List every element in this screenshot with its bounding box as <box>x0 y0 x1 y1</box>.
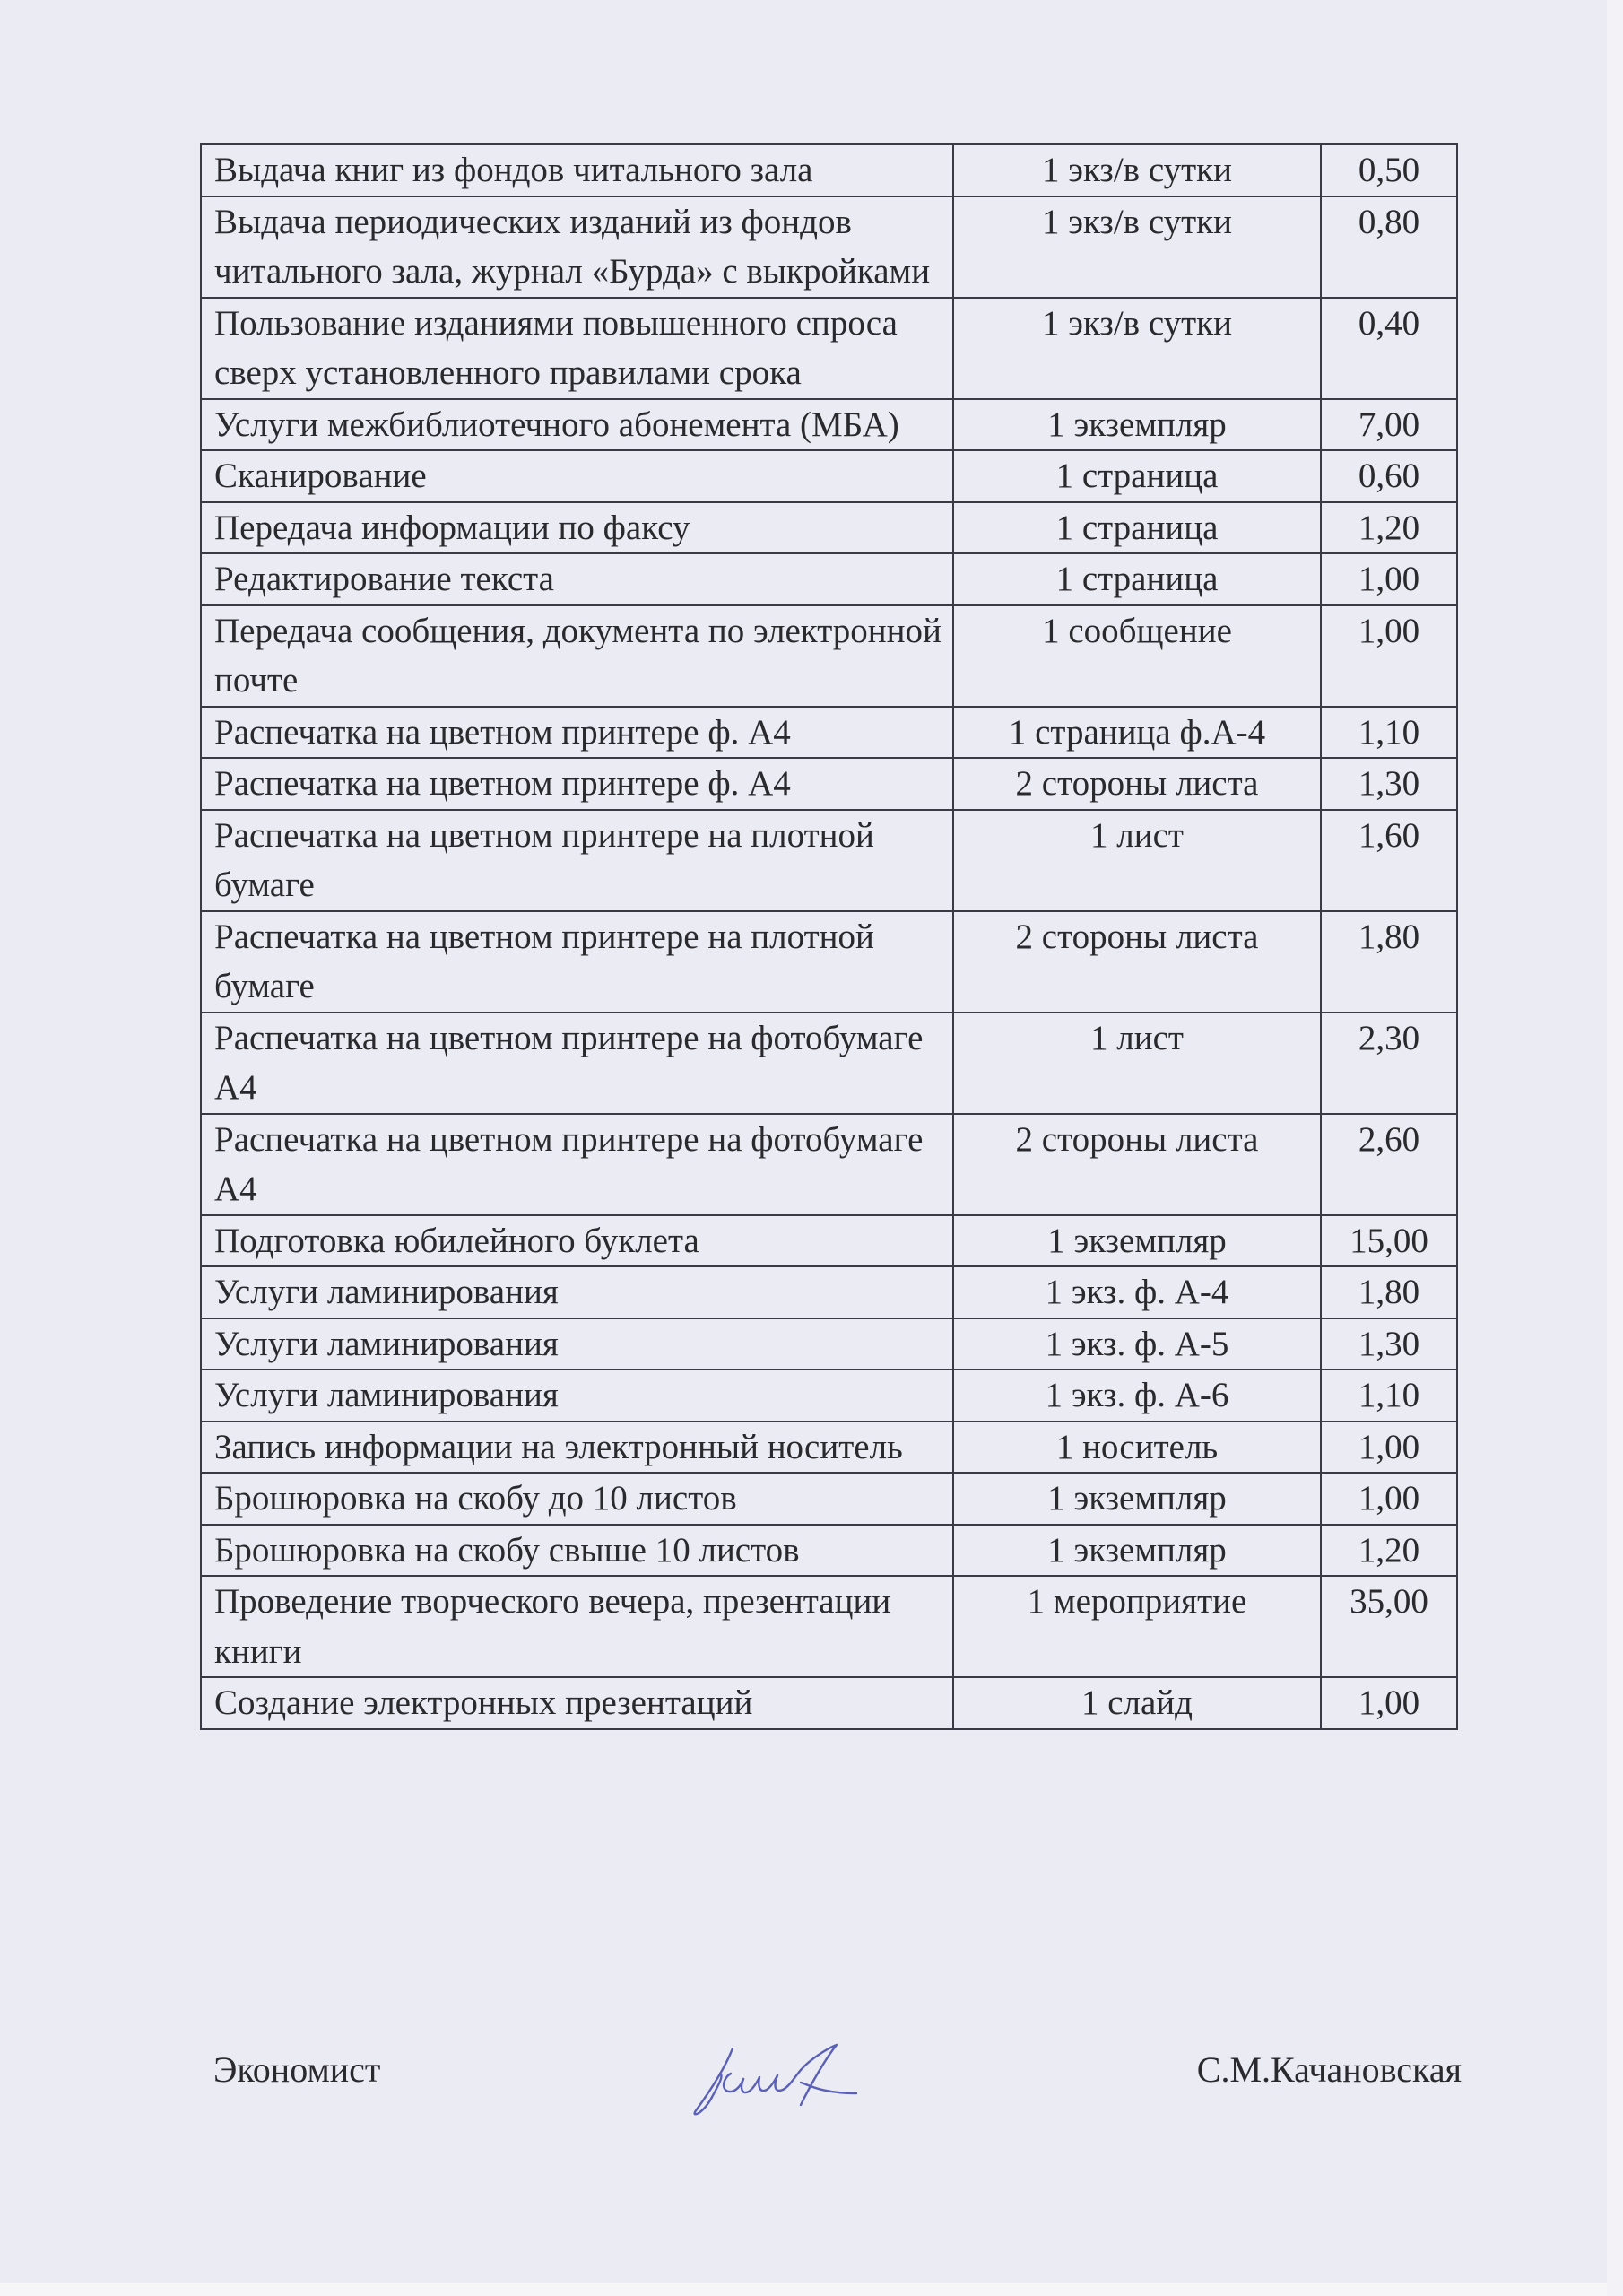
scan-edge-right <box>1607 0 1623 2296</box>
table-row: Выдача книг из фондов читального зала1 э… <box>201 144 1457 196</box>
price-list-body: Выдача книг из фондов читального зала1 э… <box>201 144 1457 1729</box>
service-name-cell: Распечатка на цветном принтере на фотобу… <box>201 1013 953 1114</box>
unit-cell: 2 стороны листа <box>953 1114 1321 1215</box>
service-name-cell: Создание электронных презентаций <box>201 1677 953 1729</box>
scan-edge-bottom <box>0 2283 1623 2296</box>
unit-cell: 2 стороны листа <box>953 758 1321 810</box>
price-cell: 1,20 <box>1321 1525 1457 1577</box>
service-name-cell: Брошюровка на скобу свыше 10 листов <box>201 1525 953 1577</box>
price-cell: 1,30 <box>1321 1318 1457 1370</box>
price-cell: 1,10 <box>1321 707 1457 759</box>
service-name-cell: Выдача книг из фондов читального зала <box>201 144 953 196</box>
unit-cell: 1 страница <box>953 553 1321 605</box>
table-row: Подготовка юбилейного буклета1 экземпляр… <box>201 1215 1457 1267</box>
unit-cell: 1 слайд <box>953 1677 1321 1729</box>
price-cell: 1,60 <box>1321 810 1457 911</box>
handwritten-signature-icon <box>677 2038 910 2127</box>
price-cell: 1,30 <box>1321 758 1457 810</box>
table-row: Передача информации по факсу1 страница1,… <box>201 502 1457 554</box>
table-row: Услуги межбиблиотечного абонемента (МБА)… <box>201 399 1457 451</box>
price-cell: 1,20 <box>1321 502 1457 554</box>
service-name-cell: Проведение творческого вечера, презентац… <box>201 1576 953 1677</box>
price-list-table: Выдача книг из фондов читального зала1 э… <box>200 143 1458 1730</box>
table-row: Создание электронных презентаций1 слайд1… <box>201 1677 1457 1729</box>
table-row: Брошюровка на скобу до 10 листов1 экземп… <box>201 1473 1457 1525</box>
table-row: Передача сообщения, документа по электро… <box>201 605 1457 707</box>
service-name-cell: Передача сообщения, документа по электро… <box>201 605 953 707</box>
service-name-cell: Брошюровка на скобу до 10 листов <box>201 1473 953 1525</box>
table-row: Выдача периодических изданий из фондов ч… <box>201 196 1457 298</box>
unit-cell: 1 экз/в сутки <box>953 196 1321 298</box>
service-name-cell: Услуги ламинирования <box>201 1318 953 1370</box>
unit-cell: 1 экземпляр <box>953 1473 1321 1525</box>
service-name-cell: Выдача периодических изданий из фондов ч… <box>201 196 953 298</box>
service-name-cell: Запись информации на электронный носител… <box>201 1422 953 1474</box>
price-cell: 2,30 <box>1321 1013 1457 1114</box>
unit-cell: 1 страница <box>953 450 1321 502</box>
table-row: Брошюровка на скобу свыше 10 листов1 экз… <box>201 1525 1457 1577</box>
unit-cell: 1 лист <box>953 1013 1321 1114</box>
unit-cell: 1 экз. ф. А-6 <box>953 1370 1321 1422</box>
unit-cell: 2 стороны листа <box>953 911 1321 1013</box>
price-cell: 0,80 <box>1321 196 1457 298</box>
price-cell: 1,00 <box>1321 1677 1457 1729</box>
service-name-cell: Услуги межбиблиотечного абонемента (МБА) <box>201 399 953 451</box>
unit-cell: 1 экз/в сутки <box>953 144 1321 196</box>
service-name-cell: Распечатка на цветном принтере на фотобу… <box>201 1114 953 1215</box>
price-cell: 1,10 <box>1321 1370 1457 1422</box>
unit-cell: 1 сообщение <box>953 605 1321 707</box>
service-name-cell: Услуги ламинирования <box>201 1266 953 1318</box>
service-name-cell: Передача информации по факсу <box>201 502 953 554</box>
unit-cell: 1 экз. ф. А-4 <box>953 1266 1321 1318</box>
unit-cell: 1 страница ф.А-4 <box>953 707 1321 759</box>
unit-cell: 1 экземпляр <box>953 399 1321 451</box>
table-row: Распечатка на цветном принтере на плотно… <box>201 810 1457 911</box>
price-cell: 2,60 <box>1321 1114 1457 1215</box>
service-name-cell: Пользование изданиями повышенного спроса… <box>201 298 953 399</box>
service-name-cell: Распечатка на цветном принтере ф. А4 <box>201 758 953 810</box>
unit-cell: 1 страница <box>953 502 1321 554</box>
price-cell: 1,00 <box>1321 1422 1457 1474</box>
table-row: Редактирование текста1 страница1,00 <box>201 553 1457 605</box>
price-cell: 1,00 <box>1321 605 1457 707</box>
price-cell: 0,40 <box>1321 298 1457 399</box>
price-cell: 1,80 <box>1321 911 1457 1013</box>
unit-cell: 1 мероприятие <box>953 1576 1321 1677</box>
service-name-cell: Распечатка на цветном принтере на плотно… <box>201 911 953 1013</box>
price-cell: 1,00 <box>1321 553 1457 605</box>
unit-cell: 1 экз. ф. А-5 <box>953 1318 1321 1370</box>
table-row: Услуги ламинирования1 экз. ф. А-51,30 <box>201 1318 1457 1370</box>
signer-role: Экономист <box>213 2048 380 2092</box>
unit-cell: 1 экземпляр <box>953 1215 1321 1267</box>
service-name-cell: Сканирование <box>201 450 953 502</box>
table-row: Услуги ламинирования1 экз. ф. А-41,80 <box>201 1266 1457 1318</box>
table-row: Распечатка на цветном принтере ф. А41 ст… <box>201 707 1457 759</box>
table-row: Пользование изданиями повышенного спроса… <box>201 298 1457 399</box>
unit-cell: 1 носитель <box>953 1422 1321 1474</box>
table-row: Услуги ламинирования1 экз. ф. А-61,10 <box>201 1370 1457 1422</box>
price-cell: 1,00 <box>1321 1473 1457 1525</box>
table-row: Проведение творческого вечера, презентац… <box>201 1576 1457 1677</box>
table-row: Распечатка на цветном принтере на фотобу… <box>201 1013 1457 1114</box>
price-cell: 0,60 <box>1321 450 1457 502</box>
service-name-cell: Редактирование текста <box>201 553 953 605</box>
service-name-cell: Распечатка на цветном принтере ф. А4 <box>201 707 953 759</box>
price-cell: 0,50 <box>1321 144 1457 196</box>
signer-name: С.М.Качановская <box>1197 2048 1462 2092</box>
table-row: Сканирование1 страница0,60 <box>201 450 1457 502</box>
table-row: Распечатка на цветном принтере ф. А42 ст… <box>201 758 1457 810</box>
unit-cell: 1 экземпляр <box>953 1525 1321 1577</box>
table-row: Распечатка на цветном принтере на плотно… <box>201 911 1457 1013</box>
table-row: Запись информации на электронный носител… <box>201 1422 1457 1474</box>
price-cell: 1,80 <box>1321 1266 1457 1318</box>
price-cell: 35,00 <box>1321 1576 1457 1677</box>
price-cell: 7,00 <box>1321 399 1457 451</box>
unit-cell: 1 экз/в сутки <box>953 298 1321 399</box>
service-name-cell: Услуги ламинирования <box>201 1370 953 1422</box>
price-cell: 15,00 <box>1321 1215 1457 1267</box>
unit-cell: 1 лист <box>953 810 1321 911</box>
table-row: Распечатка на цветном принтере на фотобу… <box>201 1114 1457 1215</box>
service-name-cell: Распечатка на цветном принтере на плотно… <box>201 810 953 911</box>
service-name-cell: Подготовка юбилейного буклета <box>201 1215 953 1267</box>
